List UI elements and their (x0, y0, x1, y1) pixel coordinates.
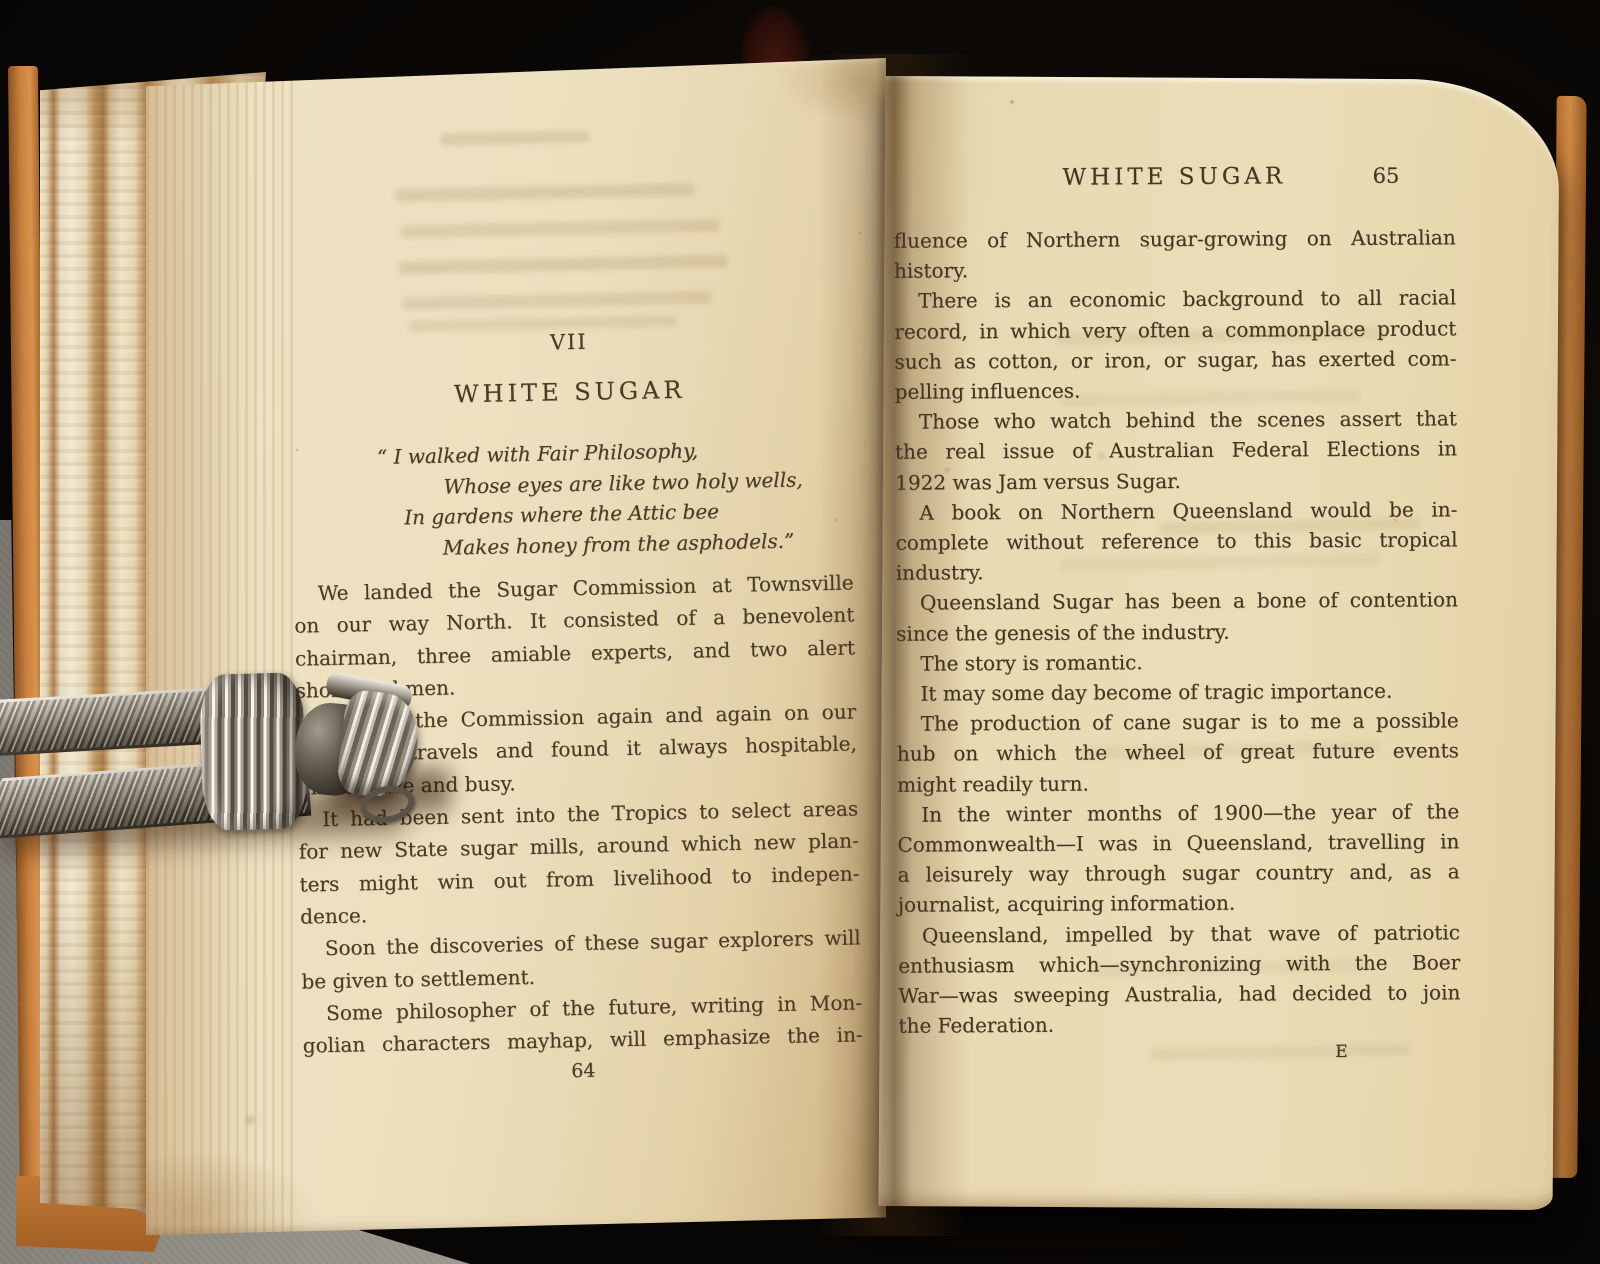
text-line: a leisurely way through sugar country an… (897, 857, 1459, 891)
text-line: pelling influences. (895, 373, 1457, 407)
right-page-body: fluence of Northern sugar-growing on Aus… (894, 222, 1461, 1041)
text-line: Queensland, impelled by that wave of pat… (898, 917, 1460, 951)
text-line: fluence of Northern sugar-growing on Aus… (894, 222, 1456, 256)
signature-mark: E (899, 1042, 1461, 1065)
running-header: WHITE SUGAR (893, 162, 1455, 191)
text-line: the real issue of Australian Federal Ele… (895, 434, 1457, 468)
text-line: such as cotton, or iron, or sugar, has e… (894, 343, 1456, 377)
right-page-text: WHITE SUGAR 65 fluence of Northern sugar… (893, 162, 1460, 1065)
text-line: A book on Northern Queensland would be i… (895, 494, 1457, 528)
bookmark-clip (0, 656, 435, 876)
text-line: since the genesis of the industry. (896, 615, 1458, 649)
text-line: the Federation. (898, 1008, 1460, 1042)
text-line: The production of cane sugar is to me a … (897, 706, 1459, 740)
text-line: Queensland Sugar has been a bone of cont… (896, 585, 1458, 619)
running-header-row: WHITE SUGAR 65 (893, 162, 1455, 193)
epigraph: “ I walked with Fair Philosophy, Whose e… (291, 432, 853, 565)
text-line: might readily turn. (897, 766, 1459, 800)
text-line: record, in which very often a commonplac… (894, 313, 1456, 347)
chapter-title: WHITE SUGAR (289, 372, 849, 411)
text-line: There is an economic background to all r… (894, 283, 1456, 317)
text-line: enthusiasm which—synchronizing with the … (898, 947, 1460, 981)
text-line: 1922 was Jam versus Sugar. (895, 464, 1457, 498)
text-line: The story is romantic. (896, 645, 1458, 679)
text-line: War—was sweeping Australia, had decided … (898, 977, 1460, 1011)
clip-ribbed-collar (199, 672, 308, 831)
text-line: history. (894, 252, 1456, 286)
text-line: It may some day become of tragic importa… (896, 675, 1458, 709)
page-number-right: 65 (1373, 164, 1400, 188)
text-line: In the winter months of 1900—the year of… (897, 796, 1459, 830)
text-line: journalist, acquiring information. (898, 887, 1460, 921)
text-line: hub on which the wheel of great future e… (897, 736, 1459, 770)
clip-hand-fingers (335, 688, 423, 800)
text-line: Those who watch behind the scenes assert… (895, 404, 1457, 438)
text-line: Commonwealth—I was in Queensland, travel… (897, 826, 1459, 860)
text-line: industry. (896, 555, 1458, 589)
text-line: complete without reference to this basic… (895, 524, 1457, 558)
